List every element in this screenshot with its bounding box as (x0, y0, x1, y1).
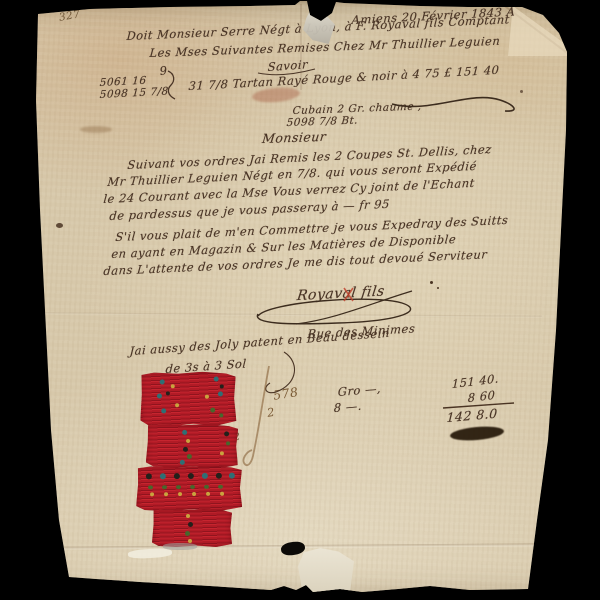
swatch-dot (146, 473, 152, 479)
stain (520, 90, 523, 93)
document-paper: 327 Amiens 20 Février 1843 A Doit Monsie… (0, 0, 600, 600)
stain (430, 281, 433, 284)
swatch-dot (188, 522, 193, 527)
repair-patch (298, 548, 354, 592)
swatch-dot (183, 447, 188, 452)
crease (42, 312, 542, 317)
stain (56, 223, 63, 228)
swatch-dot (218, 485, 223, 489)
swatch-dot (224, 431, 229, 436)
swatch-dot (219, 413, 223, 417)
swatch-dot (186, 439, 190, 443)
swatch-dot (190, 485, 195, 489)
tally-left-frac: 2 (266, 405, 276, 420)
swatch-dot (214, 376, 219, 381)
swatch-dot (188, 473, 194, 479)
swatch-dot (161, 408, 166, 413)
swatch-dot (220, 384, 224, 388)
swatch-dot (216, 473, 222, 479)
gray-smudge (163, 543, 197, 550)
signature-name: Royaval fils (296, 283, 386, 304)
swatch-dot (157, 393, 162, 398)
signature-flourish (257, 299, 410, 324)
swatch-dot (220, 492, 224, 496)
swatch-dot (186, 514, 190, 518)
salutation: Monsieur (261, 129, 327, 146)
stain (80, 126, 112, 133)
pencil-stroke (243, 366, 269, 465)
brace-total-qty: 9 (159, 63, 168, 78)
stain (437, 287, 439, 289)
swatch-dot (150, 492, 154, 496)
photo-of-document: 327 Amiens 20 Février 1843 A Doit Monsie… (0, 0, 600, 600)
swatch-dot (185, 531, 190, 536)
swatch-dot (220, 451, 224, 455)
invoice-total-line: 31 7/8 Tartan Rayé Rouge & noir à 4 75 £… (188, 63, 500, 93)
swatch-dot (218, 391, 223, 396)
swatch-dot (166, 391, 170, 395)
tally-left-qty: 578 (272, 384, 299, 403)
swatch-dot (160, 473, 166, 479)
white-smudge (128, 548, 172, 559)
swatch-segment-1 (140, 371, 237, 427)
swatch-dot (206, 492, 210, 496)
swatch-dot (160, 379, 165, 384)
swatch-segment-2 (146, 424, 238, 469)
swatch-dot (182, 430, 187, 435)
tear-hole (280, 540, 306, 556)
swatch-dot (178, 492, 182, 496)
swatch-segment-3 (136, 466, 242, 512)
item-sub-line-2: 5098 7/8 Bt. (286, 115, 358, 130)
tally-gro-label: Gro —, (338, 381, 382, 399)
swatch-dot (202, 473, 208, 479)
total-amount-3: 142 8.0 (446, 406, 498, 426)
swatch-dot (174, 473, 180, 479)
swatch-segment-4 (152, 509, 232, 547)
swatch-dot (164, 492, 168, 496)
swatch-dot (175, 403, 179, 407)
folio-number: 327 (58, 8, 81, 24)
swatch-dot (187, 454, 192, 459)
swatch-dot (148, 485, 153, 489)
swatch-dot (171, 384, 175, 388)
item-ref-2: 5098 15 7/8 (99, 85, 169, 101)
swatch-dot (162, 485, 167, 489)
swatch-dot (204, 485, 209, 489)
tally-gro-value: 8 —. (334, 399, 362, 416)
swatch-dot (180, 460, 185, 465)
swatch-dot (210, 408, 215, 413)
swatch-dot (192, 492, 196, 496)
total-amount-2: 8 60 (468, 388, 496, 406)
postscript-line-1: Jai aussy des Joly patent en Beau dessei… (129, 326, 390, 358)
dog-ear-corner (508, 6, 568, 56)
swatch-dot (229, 473, 235, 479)
ink-blot (450, 425, 505, 443)
savoir-label: Savoir (268, 57, 309, 74)
swatch-dot (205, 395, 209, 399)
swatch-dot (176, 485, 181, 489)
swatch-dot (226, 441, 230, 445)
